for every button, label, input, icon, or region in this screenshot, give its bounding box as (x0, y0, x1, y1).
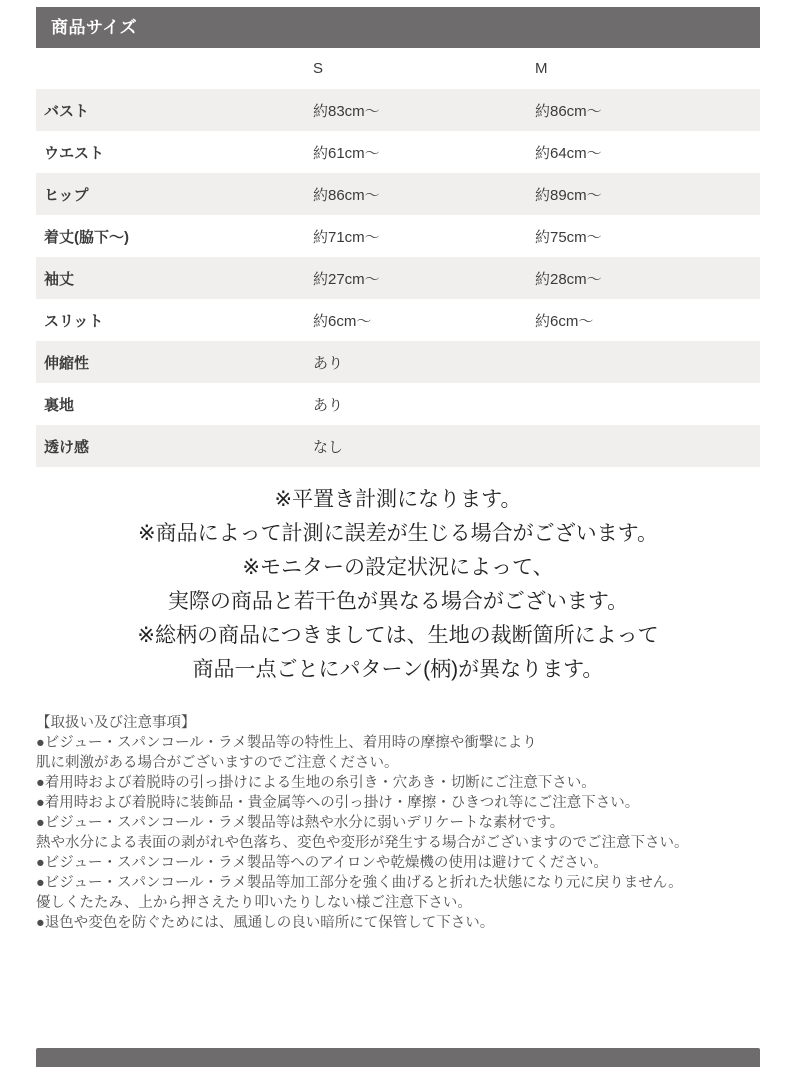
handling-line: 肌に刺激がある場合がございますのでご注意ください。 (36, 753, 760, 773)
section-header-bar: 商品サイズ (36, 7, 760, 48)
row-value-m: 約6cm～ (535, 310, 760, 331)
note-line: ※総柄の商品につきましては、生地の裁断箇所によって (36, 619, 760, 653)
row-value-s: 約71cm～ (313, 226, 535, 247)
handling-line: ●退色や変色を防ぐためには、風通しの良い暗所にて保管して下さい。 (36, 913, 760, 933)
row-label: ウエスト (36, 142, 313, 163)
table-row-bust: バスト 約83cm～ 約86cm～ (36, 89, 760, 131)
row-value-s: 約86cm～ (313, 184, 535, 205)
product-size-section: 商品サイズ S M バスト 約83cm～ 約86cm～ ウエスト 約61cm～ … (36, 0, 760, 933)
row-label: 伸縮性 (36, 352, 313, 373)
handling-line: ●着用時および着脱時の引っ掛けによる生地の糸引き・穴あき・切断にご注意下さい。 (36, 773, 760, 793)
row-label: ヒップ (36, 184, 313, 205)
handling-heading: 【取扱い及び注意事項】 (36, 713, 760, 733)
row-value-s: なし (313, 436, 535, 457)
handling-precautions: 【取扱い及び注意事項】 ●ビジュー・スパンコール・ラメ製品等の特性上、着用時の摩… (36, 713, 760, 933)
row-label: バスト (36, 100, 313, 121)
next-section-header-bar-partial (36, 1048, 760, 1067)
handling-line: 優しくたたみ、上から押さえたり叩いたりしない様ご注意下さい。 (36, 893, 760, 913)
row-value-m: 約75cm～ (535, 226, 760, 247)
table-row-sheerness: 透け感 なし (36, 425, 760, 467)
row-value-s: 約6cm～ (313, 310, 535, 331)
note-line: 実際の商品と若干色が異なる場合がございます。 (36, 585, 760, 619)
table-row-hip: ヒップ 約86cm～ 約89cm～ (36, 173, 760, 215)
row-value-m: 約64cm～ (535, 142, 760, 163)
measurement-notes: ※平置き計測になります。 ※商品によって計測に誤差が生じる場合がございます。 ※… (36, 483, 760, 687)
row-value-s: あり (313, 394, 535, 415)
note-line: ※モニターの設定状況によって、 (36, 551, 760, 585)
row-value-s: あり (313, 352, 535, 373)
size-table: S M バスト 約83cm～ 約86cm～ ウエスト 約61cm～ 約64cm～… (36, 48, 760, 467)
section-title: 商品サイズ (51, 18, 137, 37)
note-line: 商品一点ごとにパターン(柄)が異なります。 (36, 653, 760, 687)
table-row-sleeve: 袖丈 約27cm～ 約28cm～ (36, 257, 760, 299)
handling-line: ●着用時および着脱時に装飾品・貴金属等への引っ掛け・摩擦・ひきつれ等にご注意下さ… (36, 793, 760, 813)
note-line: ※商品によって計測に誤差が生じる場合がございます。 (36, 517, 760, 551)
row-label: 裏地 (36, 394, 313, 415)
row-value-m: 約89cm～ (535, 184, 760, 205)
table-row-waist: ウエスト 約61cm～ 約64cm～ (36, 131, 760, 173)
table-row-lining: 裏地 あり (36, 383, 760, 425)
handling-line: ●ビジュー・スパンコール・ラメ製品等の特性上、着用時の摩擦や衝撃により (36, 733, 760, 753)
column-header-s: S (313, 60, 535, 77)
row-value-m: 約86cm～ (535, 100, 760, 121)
row-label: 着丈(脇下～) (36, 226, 313, 247)
row-value-s: 約27cm～ (313, 268, 535, 289)
row-label: 透け感 (36, 436, 313, 457)
note-line: ※平置き計測になります。 (36, 483, 760, 517)
handling-line: ●ビジュー・スパンコール・ラメ製品等加工部分を強く曲げると折れた状態になり元に戻… (36, 873, 760, 893)
table-row-slit: スリット 約6cm～ 約6cm～ (36, 299, 760, 341)
size-table-header-row: S M (36, 48, 760, 89)
handling-line: 熱や水分による表面の剥がれや色落ち、変色や変形が発生する場合がございますのでご注… (36, 833, 760, 853)
handling-line: ●ビジュー・スパンコール・ラメ製品等へのアイロンや乾燥機の使用は避けてください。 (36, 853, 760, 873)
table-row-stretch: 伸縮性 あり (36, 341, 760, 383)
row-label: スリット (36, 310, 313, 331)
row-value-s: 約61cm～ (313, 142, 535, 163)
row-value-s: 約83cm～ (313, 100, 535, 121)
handling-line: ●ビジュー・スパンコール・ラメ製品等は熱や水分に弱いデリケートな素材です。 (36, 813, 760, 833)
column-header-m: M (535, 60, 760, 77)
row-value-m: 約28cm～ (535, 268, 760, 289)
row-label: 袖丈 (36, 268, 313, 289)
table-row-length: 着丈(脇下～) 約71cm～ 約75cm～ (36, 215, 760, 257)
